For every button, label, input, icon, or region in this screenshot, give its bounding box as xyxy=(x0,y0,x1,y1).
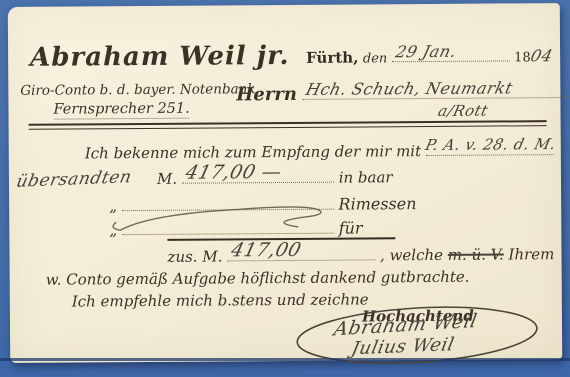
scanned-postcard-scene: Abraham Weil jr. Giro-Conto b. d. bayer.… xyxy=(0,0,570,377)
letterhead-divider-rule xyxy=(29,120,547,130)
dateline-year-handwritten: 04 xyxy=(528,46,554,65)
dateline-den: den xyxy=(363,51,387,66)
body-amount1-field: 417,00 — xyxy=(182,167,334,184)
dateline-date-field: 29 Jan. xyxy=(392,45,510,62)
body-conto-line: w. Conto gemäß Aufgabe höflichst dankend… xyxy=(46,268,470,289)
body-in-baar: in baar xyxy=(339,168,393,186)
body-amount2-handwritten: 417,00 xyxy=(229,239,304,262)
postcard: Abraham Weil jr. Giro-Conto b. d. bayer.… xyxy=(8,3,562,363)
addressee-printed-herrn: Herrn xyxy=(236,84,297,105)
signature-julius-weil: Julius Weil xyxy=(350,334,457,359)
body-ihrem: Ihrem xyxy=(508,245,554,263)
body-line1-printed: Ich bekenne mich zum Empfang der mir mit xyxy=(85,142,421,162)
body-welche: , welche xyxy=(380,246,443,264)
dateline-date-handwritten: 29 Jan. xyxy=(393,42,458,61)
letterhead-phone-line: Fernsprecher 251. xyxy=(53,101,189,120)
letterhead-giro-line: Giro-Conto b. d. bayer. Notenbank. xyxy=(20,81,260,99)
body-currency2-m: M. xyxy=(202,247,222,265)
body-amount2-field: 417,00 xyxy=(227,244,375,261)
body-uebersandten-handwritten: übersandten xyxy=(14,167,133,192)
body-rimessen-label: Rimessen xyxy=(338,194,416,214)
letterhead-company-name: Abraham Weil jr. xyxy=(30,41,242,72)
dateline-place: Fürth, xyxy=(306,48,358,66)
body-quote2: „ xyxy=(109,221,117,239)
body-amount1-handwritten: 417,00 — xyxy=(183,161,284,184)
body-fuer-field xyxy=(122,218,334,235)
body-struck-abbreviation: m. ü. V. xyxy=(448,245,504,263)
addressee-handwritten-name: Hch. Schuch, Neumarkt xyxy=(304,78,515,98)
body-line1-handwritten: P. A. v. 28. d. M. xyxy=(424,135,558,154)
body-zus-label: zus. xyxy=(167,248,197,266)
body-fuer-label: für xyxy=(339,218,363,237)
body-line1-field: P. A. v. 28. d. M. xyxy=(426,139,554,156)
addressee-handwritten-place: a/Rott xyxy=(436,102,490,120)
addressee-name-field: Hch. Schuch, Neumarkt xyxy=(302,79,570,100)
body-currency-m: M. xyxy=(157,170,177,188)
